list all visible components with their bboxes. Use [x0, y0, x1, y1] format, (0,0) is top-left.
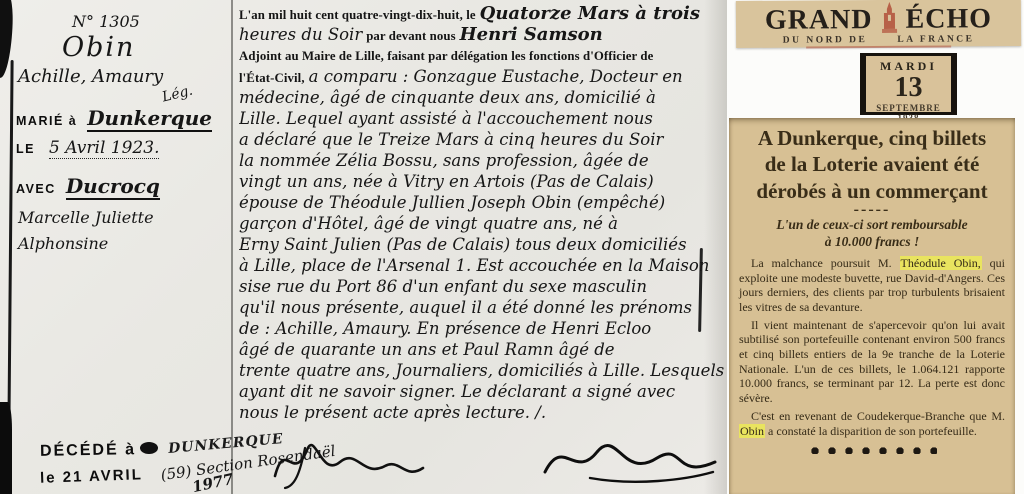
act-line: Erny Saint Julien (Pas de Calais) tous d…	[239, 234, 726, 255]
ornament-cutoff	[807, 441, 937, 454]
day-number: 13	[866, 74, 951, 102]
highlighted-name: Théodule Obin,	[900, 256, 982, 270]
deceased-stamp: DÉCÉDÉ à	[40, 441, 136, 461]
death-date: le 21 AVRIL	[40, 466, 143, 487]
margin-legitimation-note: Lég.	[161, 82, 195, 105]
headline-line: dérobés à un commerçant	[739, 178, 1005, 204]
act-line: nous le présent acte après lecture. /.	[239, 402, 726, 423]
handwritten-text: trente quatre ans, Journaliers, domicili…	[239, 361, 724, 380]
act-line: de : Achille, Amaury. En présence de Hen…	[239, 318, 726, 339]
printed-text: Adjoint au Maire de Lille, faisant par d…	[239, 49, 653, 63]
headline-line: A Dunkerque, cinq billets	[739, 125, 1005, 151]
act-line: vingt un ans, née à Vitry en Artois (Pas…	[239, 171, 726, 192]
act-line: trente quatre ans, Journaliers, domicili…	[239, 360, 726, 381]
act-line: âgé de quarante un ans et Paul Ramn âgé …	[239, 339, 726, 360]
handwritten-text: Erny Saint Julien (Pas de Calais) tous d…	[239, 235, 687, 254]
title-word: ÉCHO	[905, 7, 992, 33]
printed-text: par devant nous	[366, 29, 455, 43]
act-number: N° 1305	[72, 12, 140, 31]
marriage-place: Dunkerque	[87, 106, 212, 132]
title-word: GRAND	[765, 7, 873, 33]
handwritten-text: heures du Soir	[239, 25, 362, 44]
act-text: L'an mil huit cent quatre-vingt-dix-huit…	[239, 3, 726, 441]
act-line: à Lille, place de l'Arsenal 1. Est accou…	[239, 255, 726, 276]
act-line: Adjoint au Maire de Lille, faisant par d…	[239, 45, 726, 66]
body-text: a constaté la disparition de son portefe…	[765, 424, 977, 438]
handwritten-text: sise rue du Port 86 d'un enfant du sexe …	[239, 277, 647, 296]
handwritten-text: à Lille, place de l'Arsenal 1. Est accou…	[239, 256, 709, 275]
body-text: C'est en revenant de Coudekerque-Branche…	[751, 409, 1005, 423]
married-stamp: MARIÉ à	[16, 114, 77, 128]
handwritten-text: Lille. Lequel ayant assisté à l'accouche…	[239, 109, 653, 128]
margin-given-names: Achille, Amaury	[18, 66, 163, 87]
handwritten-text: ayant dit ne savoir signer. Le déclarant…	[239, 382, 675, 401]
act-line: l'État-Civil, a comparu : Gonzague Eusta…	[239, 66, 726, 87]
newspaper-subtitle: DU NORD DE LA FRANCE	[783, 34, 975, 45]
marriage-date-row: LE 5 Avril 1923.	[16, 138, 159, 158]
scan-composite: N° 1305 Obin Achille, Amaury Lég. MARIÉ …	[0, 0, 1024, 494]
newspaper-clippings: GRAND ÉCHO DU NORD DE LA FRANCE MARDI 13…	[727, 0, 1024, 494]
signatures	[245, 428, 720, 490]
ink-blot	[140, 442, 158, 454]
act-line: ayant dit ne savoir signer. Le déclarant…	[239, 381, 726, 402]
act-line: a déclaré que le Treize Mars à cinq heur…	[239, 129, 726, 150]
article-subhead: L'un de ceux-ci sort remboursable à 10.0…	[739, 216, 1005, 251]
news-article: A Dunkerque, cinq billets de la Loterie …	[729, 118, 1015, 494]
scan-edge-artifact	[0, 402, 12, 494]
le-stamp: LE	[16, 142, 35, 156]
marriage-place-row: MARIÉ à Dunkerque	[16, 106, 212, 130]
act-margin: N° 1305 Obin Achille, Amaury Lég. MARIÉ …	[14, 0, 230, 494]
subtitle-word: LA FRANCE	[897, 34, 974, 45]
handwritten-text: a déclaré que le Treize Mars à cinq heur…	[239, 130, 663, 149]
act-line: garçon d'Hôtel, âgé de vingt quatre ans,…	[239, 213, 726, 234]
highlighted-name: Obin	[739, 424, 765, 438]
body-text: La malchance poursuit M.	[751, 256, 900, 270]
article-paragraph: C'est en revenant de Coudekerque-Branche…	[739, 409, 1005, 438]
handwritten-text: de : Achille, Amaury. En présence de Hen…	[239, 319, 651, 338]
article-paragraph: La malchance poursuit M. Théodule Obin, …	[739, 256, 1005, 315]
subtitle-word: DU NORD DE	[783, 35, 868, 46]
spouse-given-names: Alphonsine	[18, 234, 108, 253]
spouse-surname: Ducrocq	[66, 174, 160, 200]
handwritten-text: âgé de quarante un ans et Paul Ramn âgé …	[239, 340, 615, 359]
belfry-emblem-icon	[879, 2, 898, 38]
subhead-line: à 10.000 francs !	[739, 233, 1005, 251]
scan-edge-artifact	[7, 60, 13, 430]
newspaper-title: GRAND ÉCHO	[765, 2, 992, 34]
headline-line: de la Loterie avaient été	[739, 151, 1005, 177]
handwritten-text: vingt un ans, née à Vitry en Artois (Pas…	[239, 172, 654, 191]
act-line: sise rue du Port 86 d'un enfant du sexe …	[239, 276, 726, 297]
masthead: GRAND ÉCHO DU NORD DE LA FRANCE	[736, 0, 1021, 48]
handwritten-text: qu'il nous présente, auquel il a été don…	[239, 298, 692, 317]
article-paragraph: Il vient maintenant de s'apercevoir qu'o…	[739, 318, 1005, 406]
article-headline: A Dunkerque, cinq billets de la Loterie …	[739, 125, 1005, 204]
printed-text: l'État-Civil,	[239, 71, 305, 85]
birth-register-page: N° 1305 Obin Achille, Amaury Lég. MARIÉ …	[0, 0, 727, 494]
printed-text: L'an mil huit cent quatre-vingt-dix-huit…	[239, 8, 476, 22]
margin-surname: Obin	[62, 32, 135, 63]
subhead-line: L'un de ceux-ci sort remboursable	[739, 216, 1005, 234]
marriage-date: 5 Avril 1923.	[49, 138, 159, 159]
act-line: heures du Soir par devant nous Henri Sam…	[239, 24, 726, 45]
date-stamp-box: MARDI 13 SEPTEMBRE 1938	[860, 53, 957, 115]
margin-divider-line	[231, 0, 233, 494]
act-line: L'an mil huit cent quatre-vingt-dix-huit…	[239, 3, 726, 24]
handwritten-text: garçon d'Hôtel, âgé de vingt quatre ans,…	[239, 214, 618, 233]
act-line: épouse de Théodule Jullien Joseph Obin (…	[239, 192, 726, 213]
act-line: médecine, âgé de cinquante deux ans, dom…	[239, 87, 726, 108]
spouse-given-names: Marcelle Juliette	[18, 208, 154, 227]
handwritten-text: Henri Samson	[460, 24, 603, 45]
handwritten-text: épouse de Théodule Jullien Joseph Obin (…	[239, 193, 665, 212]
act-line: la nommée Zélia Bossu, sans profession, …	[239, 150, 726, 171]
handwritten-text: la nommée Zélia Bossu, sans profession, …	[239, 151, 649, 170]
handwritten-text: médecine, âgé de cinquante deux ans, dom…	[239, 88, 656, 107]
handwritten-text: nous le présent acte après lecture. /.	[239, 403, 546, 422]
handwritten-text: a comparu : Gonzague Eustache, Docteur e…	[309, 67, 683, 86]
handwritten-text: Quatorze Mars à trois	[480, 3, 700, 24]
body-text: Il vient maintenant de s'apercevoir qu'o…	[739, 318, 1005, 406]
avec-stamp: AVEC	[16, 182, 56, 196]
act-line: Lille. Lequel ayant assisté à l'accouche…	[239, 108, 726, 129]
separator-dashes: -----	[739, 204, 1005, 215]
spouse-row: AVEC Ducrocq	[16, 174, 160, 198]
act-line: qu'il nous présente, auquel il a été don…	[239, 297, 726, 318]
